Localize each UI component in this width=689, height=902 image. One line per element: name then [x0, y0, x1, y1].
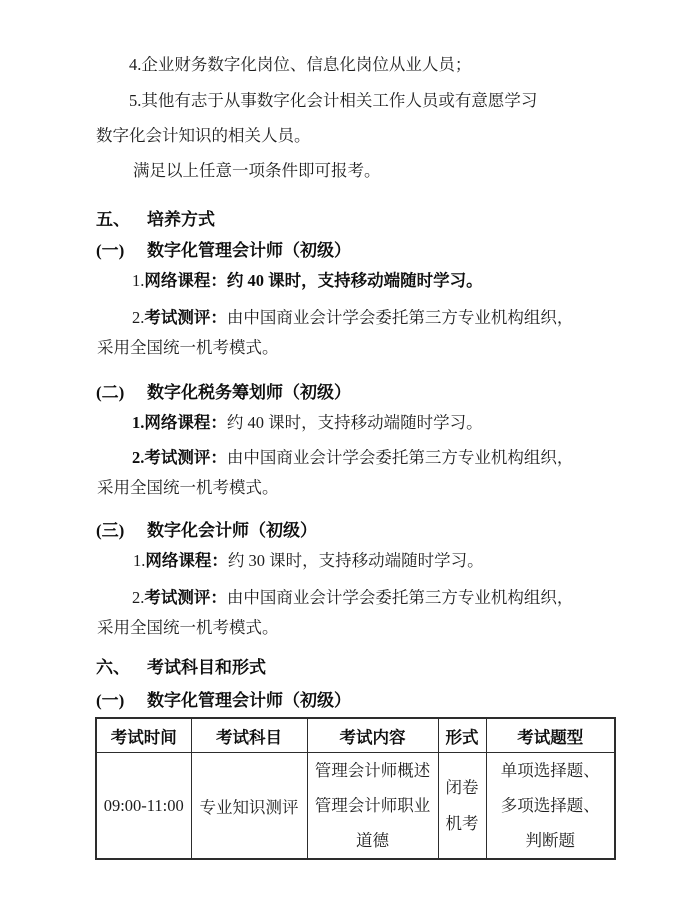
- subsection-title: 数字化税务筹划师（初级）: [147, 383, 351, 402]
- subsection-number: (一): [96, 691, 147, 711]
- course-label: 1.网络课程：: [132, 413, 227, 432]
- format-line: 闭卷: [439, 770, 486, 806]
- sub1-exam-item: 2.考试测评：由中国商业会计学会委托第三方专业机构组织，: [132, 308, 573, 328]
- subsection-title: 数字化管理会计师（初级）: [147, 241, 351, 260]
- course-text: 约 30 课时，支持移动端随时学习。: [228, 551, 484, 570]
- col-header-exam-subject: 考试科目: [191, 718, 307, 753]
- exam-question-types-cell: 单项选择题、 多项选择题、 判断题: [486, 753, 615, 860]
- item-number: 1.: [133, 551, 145, 570]
- content-line: 管理会计师职业: [308, 788, 438, 823]
- section-heading-exam: 六、考试科目和形式: [96, 658, 266, 678]
- eligibility-item-5-line1: 5.其他有志于从事数字化会计相关工作人员或有意愿学习: [129, 91, 537, 111]
- exam-label: 考试测评：: [144, 588, 227, 607]
- subsection-number: (三): [96, 521, 147, 541]
- exam-subsection-1-heading: (一)数字化管理会计师（初级）: [96, 691, 351, 711]
- type-line: 判断题: [487, 823, 615, 858]
- sub3-course-item: 1.网络课程：约 30 课时，支持移动端随时学习。: [133, 551, 484, 571]
- exam-subject-cell: 专业知识测评: [191, 753, 307, 860]
- item-number: 1.: [132, 271, 144, 290]
- section-number: 五、: [96, 210, 147, 230]
- course-label: 网络课程：: [145, 551, 228, 570]
- exam-format-cell: 闭卷 机考: [438, 753, 486, 860]
- exam-schedule-table: 考试时间 考试科目 考试内容 形式 考试题型 09:00-11:00 专业知识测…: [95, 717, 616, 860]
- subsection-number: (二): [96, 383, 147, 403]
- format-line: 机考: [439, 806, 486, 842]
- col-header-exam-content: 考试内容: [307, 718, 438, 753]
- item-number: 2.: [132, 308, 144, 327]
- sub1-course-item: 1.网络课程：约 40 课时，支持移动端随时学习。: [132, 271, 483, 291]
- col-header-format: 形式: [438, 718, 486, 753]
- type-line: 多项选择题、: [487, 788, 615, 823]
- item-number: 2.: [132, 588, 144, 607]
- section-title: 培养方式: [147, 210, 215, 229]
- subsection-number: (一): [96, 241, 147, 261]
- sub2-course-item: 1.网络课程：约 40 课时，支持移动端随时学习。: [132, 413, 483, 433]
- subsection-1-heading: (一)数字化管理会计师（初级）: [96, 241, 351, 261]
- section-title: 考试科目和形式: [147, 658, 266, 677]
- sub2-exam-item-cont: 采用全国统一机考模式。: [97, 478, 279, 498]
- eligibility-item-4: 4.企业财务数字化岗位、信息化岗位从业人员；: [129, 55, 471, 75]
- course-text-bold: 网络课程：约 40 课时，支持移动端随时学习。: [144, 271, 482, 290]
- content-line: 道德: [308, 823, 438, 858]
- exam-text: 由中国商业会计学会委托第三方专业机构组织，: [227, 448, 574, 467]
- subsection-2-heading: (二)数字化税务筹划师（初级）: [96, 383, 351, 403]
- section-number: 六、: [96, 658, 147, 678]
- section-heading-training: 五、培养方式: [96, 210, 215, 230]
- course-text: 约 40 课时，支持移动端随时学习。: [227, 413, 483, 432]
- table-header-row: 考试时间 考试科目 考试内容 形式 考试题型: [96, 718, 615, 753]
- exam-content-cell: 管理会计师概述 管理会计师职业 道德: [307, 753, 438, 860]
- exam-text: 由中国商业会计学会委托第三方专业机构组织，: [227, 588, 574, 607]
- document-page: 4.企业财务数字化岗位、信息化岗位从业人员； 5.其他有志于从事数字化会计相关工…: [0, 0, 689, 902]
- subsection-title: 数字化会计师（初级）: [147, 521, 317, 540]
- content-line: 管理会计师概述: [308, 753, 438, 788]
- exam-label: 考试测评：: [144, 308, 227, 327]
- table-row: 09:00-11:00 专业知识测评 管理会计师概述 管理会计师职业 道德 闭卷…: [96, 753, 615, 860]
- eligibility-note: 满足以上任意一项条件即可报考。: [133, 161, 381, 181]
- col-header-question-types: 考试题型: [486, 718, 615, 753]
- type-line: 单项选择题、: [487, 753, 615, 788]
- exam-text: 由中国商业会计学会委托第三方专业机构组织，: [227, 308, 574, 327]
- sub1-exam-item-cont: 采用全国统一机考模式。: [97, 338, 279, 358]
- sub3-exam-item: 2.考试测评：由中国商业会计学会委托第三方专业机构组织，: [132, 588, 573, 608]
- col-header-exam-time: 考试时间: [96, 718, 191, 753]
- subsection-3-heading: (三)数字化会计师（初级）: [96, 521, 317, 541]
- sub2-exam-item: 2.考试测评：由中国商业会计学会委托第三方专业机构组织，: [132, 448, 573, 468]
- sub3-exam-item-cont: 采用全国统一机考模式。: [97, 618, 279, 638]
- exam-label: 2.考试测评：: [132, 448, 227, 467]
- exam-time-cell: 09:00-11:00: [96, 753, 191, 860]
- eligibility-item-5-line2: 数字化会计知识的相关人员。: [96, 126, 311, 146]
- subsection-title: 数字化管理会计师（初级）: [147, 691, 351, 710]
